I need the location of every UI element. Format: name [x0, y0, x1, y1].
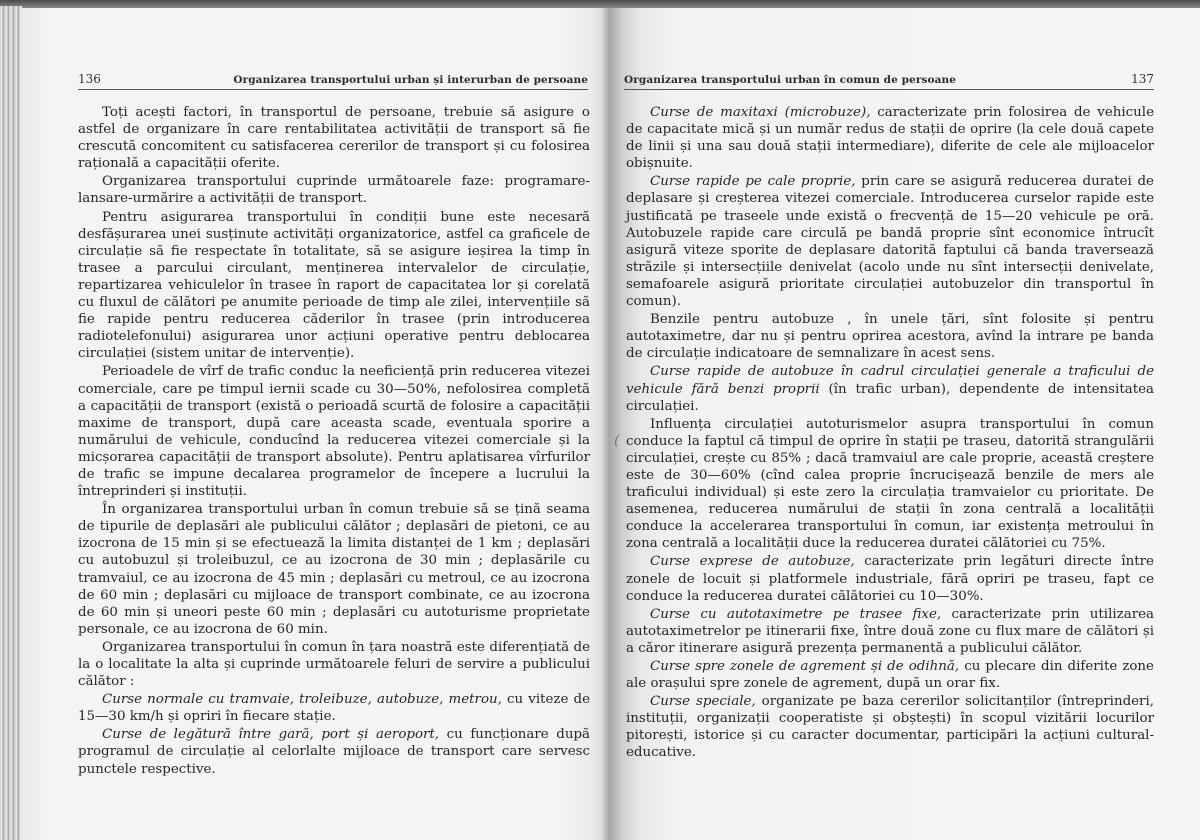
paragraph: Curse de legătură între gară, port și ae…: [78, 726, 590, 777]
paragraph-italic-lead: Curse exprese de autobuze,: [650, 554, 855, 569]
paragraph: Pentru asigurarea transportului în condi…: [78, 209, 590, 363]
paragraph-text: Pentru asigurarea transportului în condi…: [78, 210, 590, 362]
margin-pencil-mark: (: [614, 433, 619, 449]
paragraph-italic-lead: Curse de maxitaxi (microbuze),: [650, 105, 870, 120]
paragraph-text: Perioadele de vîrf de trafic conduc la n…: [78, 364, 590, 499]
left-running-head: 136 Organizarea transportului urban și i…: [78, 72, 588, 90]
paragraph: Toți acești factori, în transportul de p…: [78, 104, 590, 172]
paragraph: În organizarea transportului urban în co…: [78, 501, 590, 638]
left-body-text: Toți acești factori, în transportul de p…: [78, 104, 590, 778]
paragraph-text: Benzile pentru autobuze , în unele țări,…: [626, 312, 1154, 361]
right-running-title: Organizarea transportului urban în comun…: [624, 74, 956, 86]
paragraph: Organizarea transportului în comun în ța…: [78, 639, 590, 690]
scan-top-edge: [0, 0, 1200, 8]
paragraph: Curse rapide de autobuze în cadrul circu…: [626, 363, 1154, 414]
paragraph-italic-lead: Curse de legătură între gară, port și ae…: [102, 727, 439, 742]
paragraph: Curse speciale, organizate pe baza cerer…: [626, 693, 1154, 761]
paragraph: Curse rapide pe cale proprie, prin care …: [626, 173, 1154, 310]
paragraph: Curse spre zonele de agrement și de odih…: [626, 658, 1154, 692]
paragraph-text: Toți acești factori, în transportul de p…: [78, 105, 590, 171]
paragraph-italic-lead: Curse speciale,: [650, 694, 756, 709]
left-page-number: 136: [78, 72, 101, 86]
paragraph-text: prin care se asigură reducerea duratei d…: [626, 174, 1154, 309]
paragraph-italic-lead: Curse rapide pe cale proprie,: [650, 174, 856, 189]
paragraph: Curse exprese de autobuze, caracterizate…: [626, 553, 1154, 604]
paragraph-text: Influența circulației autoturismelor asu…: [626, 417, 1154, 552]
paragraph: Perioadele de vîrf de trafic conduc la n…: [78, 363, 590, 500]
paragraph-italic-lead: Curse cu autotaximetre pe trasee fixe,: [650, 607, 941, 622]
paragraph-italic-lead: Curse normale cu tramvaie, troleibuze, a…: [102, 692, 502, 707]
right-page: Organizarea transportului urban în comun…: [610, 8, 1200, 840]
right-body-text: Curse de maxitaxi (microbuze), caracteri…: [626, 104, 1154, 762]
paragraph: Benzile pentru autobuze , în unele țări,…: [626, 311, 1154, 362]
paragraph: Curse cu autotaximetre pe trasee fixe, c…: [626, 606, 1154, 657]
book-spread: 136 Organizarea transportului urban și i…: [0, 0, 1200, 840]
paragraph: Organizarea transportului cuprinde următ…: [78, 173, 590, 207]
paragraph: Curse de maxitaxi (microbuze), caracteri…: [626, 104, 1154, 172]
page-stack-edge: [0, 6, 22, 840]
right-page-number: 137: [1131, 72, 1154, 86]
left-page: 136 Organizarea transportului urban și i…: [20, 8, 610, 840]
left-running-title: Organizarea transportului urban și inter…: [233, 74, 588, 86]
paragraph: Influența circulației autoturismelor asu…: [626, 416, 1154, 553]
paragraph: Curse normale cu tramvaie, troleibuze, a…: [78, 691, 590, 725]
paragraph-text: În organizarea transportului urban în co…: [78, 502, 590, 637]
paragraph-text: Organizarea transportului în comun în ța…: [78, 640, 590, 689]
paragraph-italic-lead: Curse spre zonele de agrement și de odih…: [650, 659, 959, 674]
paragraph-text: Organizarea transportului cuprinde următ…: [78, 174, 590, 206]
right-running-head: Organizarea transportului urban în comun…: [624, 72, 1154, 90]
